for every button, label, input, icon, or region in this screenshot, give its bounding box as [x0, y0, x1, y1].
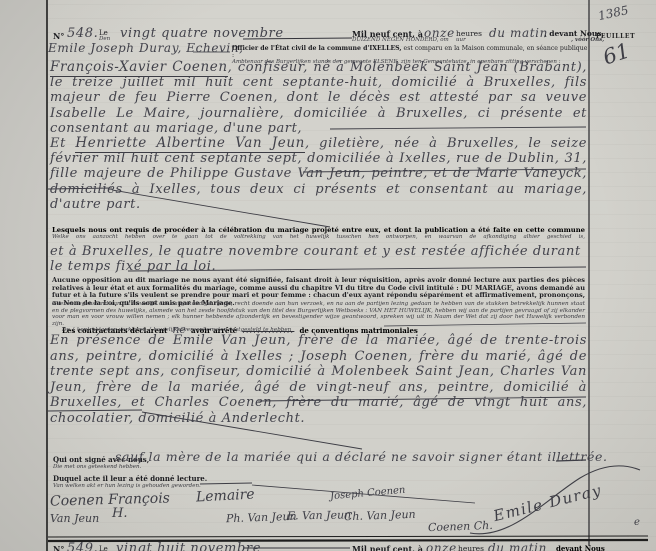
witnesses-paragraph: En présence de Emile Van Jeun, frère de … — [50, 333, 587, 426]
signature-exception-handwritten: sauf la mère de la mariée qui a déclaré … — [115, 449, 608, 464]
heures-label: heuresuur — [456, 30, 482, 44]
next-act-heures-label: heures — [458, 544, 484, 551]
next-act-daypart-handwritten: du matin — [488, 541, 547, 551]
signature-van-jeun: Van Jeun — [50, 512, 99, 525]
publication-nl: Welke ons aanzocht hebben over te gaan t… — [52, 234, 585, 240]
signature-e-van-jeun: E. Van Jeun — [287, 508, 351, 522]
act-number-label: N° — [53, 31, 64, 41]
signature-ch-van-jeun: Ch. Van Jeun — [344, 508, 416, 523]
next-act-hour-handwritten: onze — [426, 541, 457, 551]
officer-title-fr: Officier de l'État civil de la commune d… — [232, 45, 402, 52]
signature-coenen-ch: Coenen Ch. — [428, 519, 493, 534]
bride-lead: Et — [50, 136, 75, 151]
act-read-fr: Duquel acte il leur a été donné lecture. — [53, 474, 207, 483]
paraph-mark: e — [634, 517, 640, 528]
parties-paragraph: François-Xavier Coenen, confiseur, né à … — [50, 60, 587, 212]
signed-with-us-nl: Die met ons geteekend hebben. — [53, 464, 141, 470]
act-date-handwritten: vingt quatre novembre — [120, 26, 284, 41]
hour-handwritten: onze — [424, 26, 455, 40]
act-number: 548. — [67, 26, 98, 41]
next-act-number-label: N° — [53, 544, 64, 551]
officer-title-fr-row: Officier de l'État civil de la commune d… — [232, 45, 588, 59]
publication-fr: Lesquels nous ont requis de procéder à l… — [52, 226, 585, 234]
next-act-year-printed: Mil neuf cent, à — [352, 544, 423, 551]
act-read-nl: Van welken akt er hun lezing is gehouden… — [53, 483, 201, 489]
groom-clause: François-Xavier Coenen, confiseur, né à … — [50, 60, 587, 136]
next-act-le-label: Le — [99, 545, 108, 551]
uur-nl: uur — [456, 38, 482, 44]
publication-printed-block: Lesquels nous ont requis de procéder à l… — [52, 226, 585, 240]
scanned-marriage-record: { "margin": { "folio_top": "1385", "feui… — [0, 0, 656, 551]
publication-handwritten: et à Bruxelles, le quatre novembre coura… — [50, 244, 587, 274]
feuillet-label: FEUILLET — [596, 33, 635, 40]
officiant-name-handwritten: Emile Joseph Duray, Echevin, — [48, 41, 244, 55]
bride-clause: Et Henriette Albertine Van Jeun, giletiè… — [50, 136, 587, 212]
next-act-devant-label: devant Nous — [556, 544, 605, 551]
daypart-handwritten: du matin — [489, 26, 548, 40]
signature-coenen-francois: Coenen François — [50, 490, 170, 509]
next-act-number: 549. — [67, 541, 98, 551]
next-act-date-handwritten: vingt huit novembre — [116, 541, 261, 551]
signature-h: H. — [112, 506, 127, 521]
signature-lemaire: Lemaire — [196, 486, 255, 505]
